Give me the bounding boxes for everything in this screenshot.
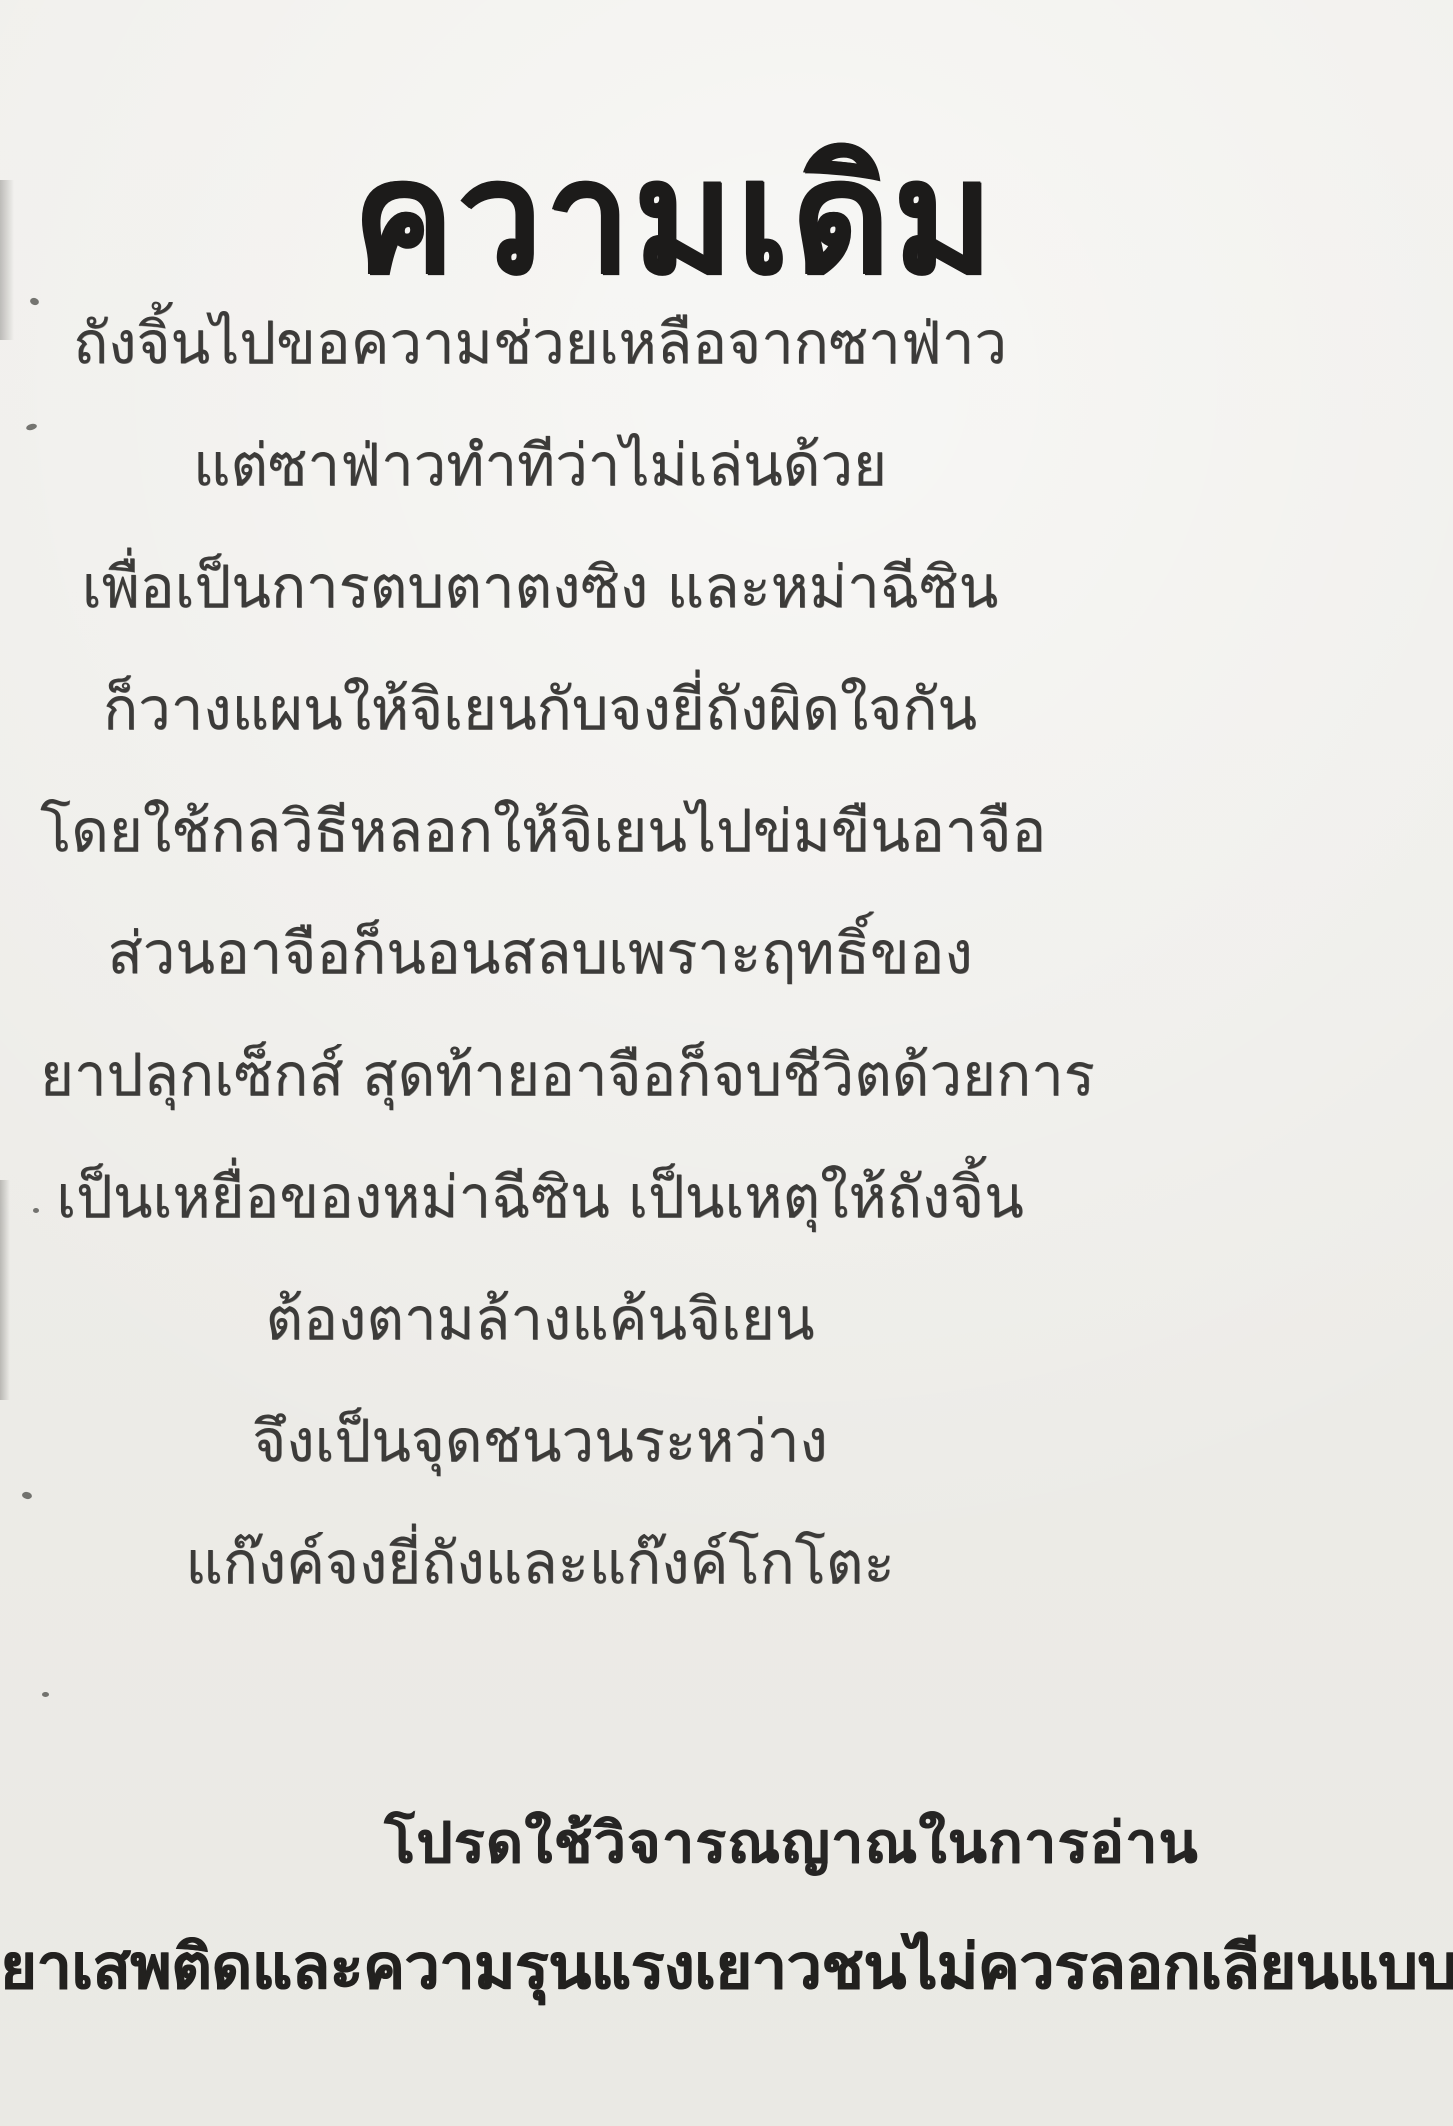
scan-smudge (0, 180, 14, 340)
scan-speck (42, 1692, 49, 1697)
disclaimer-line-reading: โปรดใช้วิจารณญาณในการอ่าน (130, 1798, 1453, 1887)
recap-line: เพื่อเป็นการตบตาตงซิง และหม่าฉีซิน (40, 526, 1040, 648)
recap-line: ยาปลุกเซ็กส์ สุดท้ายอาจือก็จบชีวิตด้วยกา… (40, 1014, 1040, 1136)
disclaimer-line-imitation: ยาเสพติดและความรุนแรงเยาวชนไม่ควรลอกเลีย… (0, 1918, 1453, 2016)
scan-speck (25, 423, 37, 432)
scan-smudge (0, 1180, 10, 1400)
scanned-page: ความเดิม ถังจิ้นไปขอความช่วยเหลือจากซาฟ่… (0, 0, 1453, 2126)
recap-text-block: ถังจิ้นไปขอความช่วยเหลือจากซาฟ่าว แต่ซาฟ… (40, 282, 1040, 1624)
recap-line: ส่วนอาจือก็นอนสลบเพราะฤทธิ์ของ (40, 892, 1040, 1014)
recap-line: ถังจิ้นไปขอความช่วยเหลือจากซาฟ่าว (40, 282, 1040, 404)
recap-line: ต้องตามล้างแค้นจิเยน (40, 1258, 1040, 1380)
scan-speck (33, 1208, 39, 1213)
recap-line: แต่ซาฟ่าวทำทีว่าไม่เล่นด้วย (40, 404, 1040, 526)
recap-line: เป็นเหยื่อของหม่าฉีซิน เป็นเหตุให้ถังจิ้… (40, 1136, 1040, 1258)
recap-line: ก็วางแผนให้จิเยนกับจงยี่ถังผิดใจกัน (40, 648, 1040, 770)
recap-line: แก๊งค์จงยี่ถังและแก๊งค์โกโตะ (40, 1502, 1040, 1624)
scan-speck (21, 1491, 32, 1500)
recap-line: โดยใช้กลวิธีหลอกให้จิเยนไปข่มขืนอาจือ (40, 770, 1040, 892)
page-title: ความเดิม (0, 130, 1350, 303)
recap-line: จึงเป็นจุดชนวนระหว่าง (40, 1380, 1040, 1502)
